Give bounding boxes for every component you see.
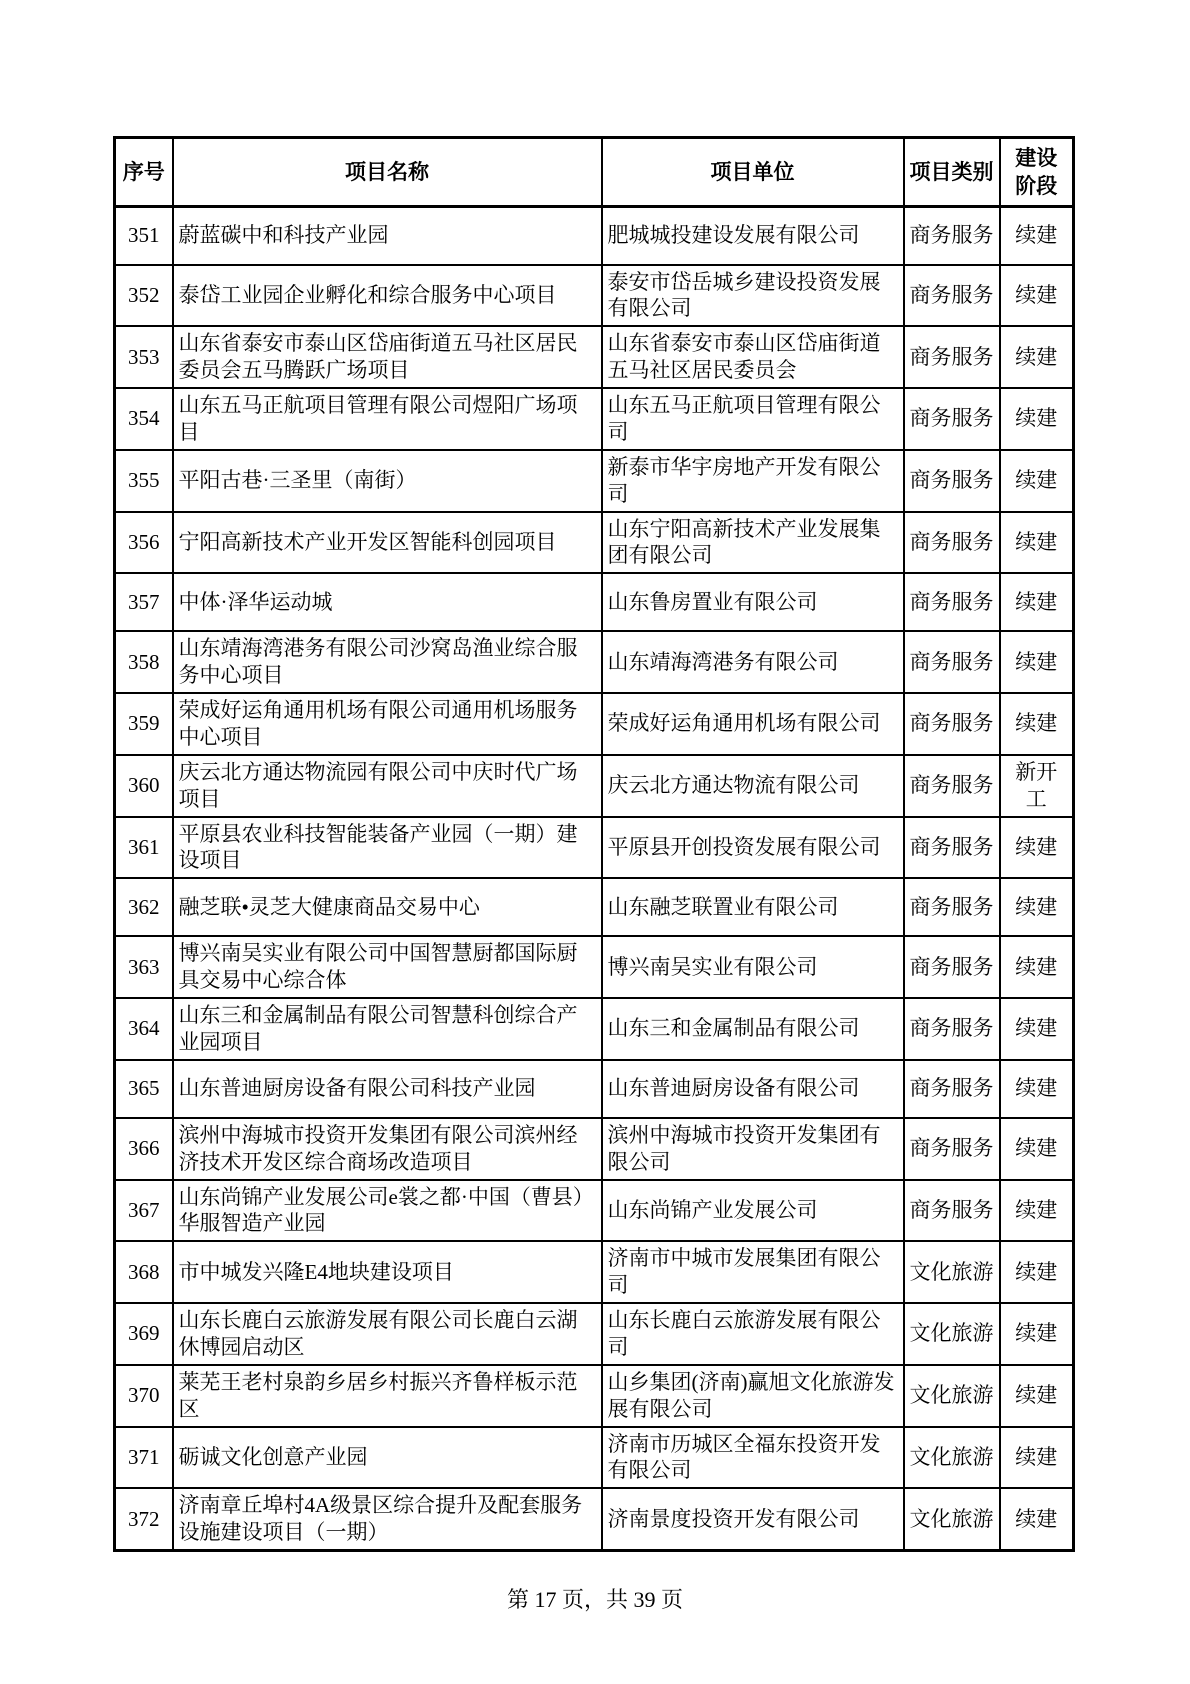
cell-serial-number: 359 [115, 693, 173, 755]
cell-project-unit: 荣成好运角通用机场有限公司 [602, 693, 904, 755]
cell-serial-number: 357 [115, 573, 173, 631]
cell-project-unit: 山东融芝联置业有限公司 [602, 878, 904, 936]
cell-serial-number: 360 [115, 755, 173, 817]
cell-project-name: 市中城发兴隆E4地块建设项目 [173, 1241, 602, 1303]
cell-serial-number: 370 [115, 1365, 173, 1427]
cell-construction-stage: 续建 [1000, 631, 1074, 693]
table-row: 370 莱芜王老村泉韵乡居乡村振兴齐鲁样板示范区 山乡集团(济南)赢旭文化旅游发… [115, 1365, 1074, 1427]
cell-project-unit: 山东尚锦产业发展公司 [602, 1180, 904, 1242]
cell-serial-number: 356 [115, 512, 173, 574]
cell-project-unit: 滨州中海城市投资开发集团有限公司 [602, 1118, 904, 1180]
cell-project-name: 宁阳高新技术产业开发区智能科创园项目 [173, 512, 602, 574]
cell-project-unit: 泰安市岱岳城乡建设投资发展有限公司 [602, 265, 904, 327]
cell-project-name: 滨州中海城市投资开发集团有限公司滨州经济技术开发区综合商场改造项目 [173, 1118, 602, 1180]
cell-serial-number: 371 [115, 1427, 173, 1489]
cell-project-unit: 山东普迪厨房设备有限公司 [602, 1060, 904, 1118]
table-row: 353 山东省泰安市泰山区岱庙街道五马社区居民委员会五马腾跃广场项目 山东省泰安… [115, 326, 1074, 388]
cell-project-unit: 山东鲁房置业有限公司 [602, 573, 904, 631]
cell-project-category: 商务服务 [904, 998, 1000, 1060]
cell-project-name: 平原县农业科技智能装备产业园（一期）建设项目 [173, 817, 602, 879]
table-row: 352 泰岱工业园企业孵化和综合服务中心项目 泰安市岱岳城乡建设投资发展有限公司… [115, 265, 1074, 327]
cell-project-category: 商务服务 [904, 573, 1000, 631]
cell-serial-number: 372 [115, 1488, 173, 1550]
cell-construction-stage: 续建 [1000, 265, 1074, 327]
cell-serial-number: 365 [115, 1060, 173, 1118]
table-row: 363 博兴南吴实业有限公司中国智慧厨都国际厨具交易中心综合体 博兴南吴实业有限… [115, 936, 1074, 998]
cell-project-name: 山东普迪厨房设备有限公司科技产业园 [173, 1060, 602, 1118]
cell-construction-stage: 续建 [1000, 1241, 1074, 1303]
document-page: 序号 项目名称 项目单位 项目类别 建设阶段 351 蔚蓝碳中和科技产业园 肥城… [0, 0, 1190, 1684]
cell-project-name: 山东靖海湾港务有限公司沙窝岛渔业综合服务中心项目 [173, 631, 602, 693]
cell-project-name: 山东五马正航项目管理有限公司煜阳广场项目 [173, 388, 602, 450]
table-header: 序号 项目名称 项目单位 项目类别 建设阶段 [115, 138, 1074, 207]
cell-project-category: 商务服务 [904, 450, 1000, 512]
table-row: 361 平原县农业科技智能装备产业园（一期）建设项目 平原县开创投资发展有限公司… [115, 817, 1074, 879]
cell-project-unit: 济南市中城市发展集团有限公司 [602, 1241, 904, 1303]
cell-project-name: 山东三和金属制品有限公司智慧科创综合产业园项目 [173, 998, 602, 1060]
cell-project-category: 商务服务 [904, 878, 1000, 936]
cell-serial-number: 353 [115, 326, 173, 388]
cell-project-unit: 山东靖海湾港务有限公司 [602, 631, 904, 693]
cell-project-unit: 山东五马正航项目管理有限公司 [602, 388, 904, 450]
table-header-row: 序号 项目名称 项目单位 项目类别 建设阶段 [115, 138, 1074, 207]
table-row: 354 山东五马正航项目管理有限公司煜阳广场项目 山东五马正航项目管理有限公司 … [115, 388, 1074, 450]
cell-project-category: 商务服务 [904, 817, 1000, 879]
table-row: 362 融芝联•灵芝大健康商品交易中心 山东融芝联置业有限公司 商务服务 续建 [115, 878, 1074, 936]
cell-project-category: 文化旅游 [904, 1365, 1000, 1427]
cell-construction-stage: 续建 [1000, 450, 1074, 512]
cell-construction-stage: 续建 [1000, 693, 1074, 755]
cell-construction-stage: 续建 [1000, 326, 1074, 388]
table-row: 355 平阳古巷·三圣里（南街） 新泰市华宇房地产开发有限公司 商务服务 续建 [115, 450, 1074, 512]
page-footer: 第 17 页，共 39 页 [0, 1583, 1190, 1614]
cell-construction-stage: 新开工 [1000, 755, 1074, 817]
header-project-category: 项目类别 [904, 138, 1000, 207]
table-row: 357 中体·泽华运动城 山东鲁房置业有限公司 商务服务 续建 [115, 573, 1074, 631]
cell-project-unit: 济南景度投资开发有限公司 [602, 1488, 904, 1550]
table-row: 364 山东三和金属制品有限公司智慧科创综合产业园项目 山东三和金属制品有限公司… [115, 998, 1074, 1060]
table-row: 359 荣成好运角通用机场有限公司通用机场服务中心项目 荣成好运角通用机场有限公… [115, 693, 1074, 755]
cell-construction-stage: 续建 [1000, 998, 1074, 1060]
cell-project-unit: 肥城城投建设发展有限公司 [602, 207, 904, 265]
cell-construction-stage: 续建 [1000, 207, 1074, 265]
cell-project-name: 山东尚锦产业发展公司e裳之都·中国（曹县）华服智造产业园 [173, 1180, 602, 1242]
cell-project-name: 山东省泰安市泰山区岱庙街道五马社区居民委员会五马腾跃广场项目 [173, 326, 602, 388]
table-row: 358 山东靖海湾港务有限公司沙窝岛渔业综合服务中心项目 山东靖海湾港务有限公司… [115, 631, 1074, 693]
cell-project-category: 商务服务 [904, 388, 1000, 450]
cell-project-category: 商务服务 [904, 512, 1000, 574]
cell-construction-stage: 续建 [1000, 1180, 1074, 1242]
cell-project-category: 商务服务 [904, 1118, 1000, 1180]
cell-construction-stage: 续建 [1000, 1488, 1074, 1550]
table-row: 356 宁阳高新技术产业开发区智能科创园项目 山东宁阳高新技术产业发展集团有限公… [115, 512, 1074, 574]
table-body: 351 蔚蓝碳中和科技产业园 肥城城投建设发展有限公司 商务服务 续建 352 … [115, 207, 1074, 1551]
cell-project-unit: 山东长鹿白云旅游发展有限公司 [602, 1303, 904, 1365]
cell-project-name: 荣成好运角通用机场有限公司通用机场服务中心项目 [173, 693, 602, 755]
table-row: 371 砺诚文化创意产业园 济南市历城区全福东投资开发有限公司 文化旅游 续建 [115, 1427, 1074, 1489]
cell-project-unit: 平原县开创投资发展有限公司 [602, 817, 904, 879]
cell-project-unit: 山东三和金属制品有限公司 [602, 998, 904, 1060]
cell-project-category: 文化旅游 [904, 1427, 1000, 1489]
cell-project-category: 商务服务 [904, 693, 1000, 755]
projects-table: 序号 项目名称 项目单位 项目类别 建设阶段 351 蔚蓝碳中和科技产业园 肥城… [113, 136, 1075, 1552]
cell-construction-stage: 续建 [1000, 388, 1074, 450]
cell-serial-number: 354 [115, 388, 173, 450]
cell-construction-stage: 续建 [1000, 1427, 1074, 1489]
cell-project-name: 砺诚文化创意产业园 [173, 1427, 602, 1489]
cell-project-category: 商务服务 [904, 755, 1000, 817]
cell-construction-stage: 续建 [1000, 936, 1074, 998]
cell-project-name: 蔚蓝碳中和科技产业园 [173, 207, 602, 265]
cell-project-category: 商务服务 [904, 207, 1000, 265]
cell-serial-number: 358 [115, 631, 173, 693]
cell-project-unit: 新泰市华宇房地产开发有限公司 [602, 450, 904, 512]
cell-project-unit: 山东省泰安市泰山区岱庙街道五马社区居民委员会 [602, 326, 904, 388]
cell-project-category: 商务服务 [904, 1180, 1000, 1242]
cell-project-name: 庆云北方通达物流园有限公司中庆时代广场项目 [173, 755, 602, 817]
cell-project-category: 商务服务 [904, 1060, 1000, 1118]
cell-project-category: 文化旅游 [904, 1488, 1000, 1550]
cell-project-unit: 庆云北方通达物流有限公司 [602, 755, 904, 817]
cell-project-name: 平阳古巷·三圣里（南街） [173, 450, 602, 512]
cell-project-name: 融芝联•灵芝大健康商品交易中心 [173, 878, 602, 936]
table-row: 368 市中城发兴隆E4地块建设项目 济南市中城市发展集团有限公司 文化旅游 续… [115, 1241, 1074, 1303]
cell-construction-stage: 续建 [1000, 1303, 1074, 1365]
cell-serial-number: 361 [115, 817, 173, 879]
cell-project-category: 商务服务 [904, 631, 1000, 693]
cell-serial-number: 362 [115, 878, 173, 936]
header-construction-stage: 建设阶段 [1000, 138, 1074, 207]
cell-project-name: 济南章丘埠村4A级景区综合提升及配套服务设施建设项目（一期） [173, 1488, 602, 1550]
cell-serial-number: 368 [115, 1241, 173, 1303]
table-row: 351 蔚蓝碳中和科技产业园 肥城城投建设发展有限公司 商务服务 续建 [115, 207, 1074, 265]
cell-serial-number: 367 [115, 1180, 173, 1242]
cell-project-name: 山东长鹿白云旅游发展有限公司长鹿白云湖休博园启动区 [173, 1303, 602, 1365]
cell-construction-stage: 续建 [1000, 1365, 1074, 1427]
cell-project-category: 商务服务 [904, 326, 1000, 388]
header-serial-number: 序号 [115, 138, 173, 207]
cell-project-category: 文化旅游 [904, 1303, 1000, 1365]
cell-construction-stage: 续建 [1000, 817, 1074, 879]
cell-project-category: 文化旅游 [904, 1241, 1000, 1303]
cell-project-name: 博兴南吴实业有限公司中国智慧厨都国际厨具交易中心综合体 [173, 936, 602, 998]
cell-project-name: 莱芜王老村泉韵乡居乡村振兴齐鲁样板示范区 [173, 1365, 602, 1427]
cell-serial-number: 363 [115, 936, 173, 998]
cell-project-name: 泰岱工业园企业孵化和综合服务中心项目 [173, 265, 602, 327]
cell-construction-stage: 续建 [1000, 512, 1074, 574]
cell-serial-number: 366 [115, 1118, 173, 1180]
table-row: 372 济南章丘埠村4A级景区综合提升及配套服务设施建设项目（一期） 济南景度投… [115, 1488, 1074, 1550]
cell-project-unit: 博兴南吴实业有限公司 [602, 936, 904, 998]
cell-serial-number: 369 [115, 1303, 173, 1365]
table-row: 369 山东长鹿白云旅游发展有限公司长鹿白云湖休博园启动区 山东长鹿白云旅游发展… [115, 1303, 1074, 1365]
cell-project-unit: 山东宁阳高新技术产业发展集团有限公司 [602, 512, 904, 574]
page-number-text: 第 17 页，共 39 页 [507, 1587, 683, 1612]
cell-project-unit: 济南市历城区全福东投资开发有限公司 [602, 1427, 904, 1489]
cell-project-category: 商务服务 [904, 265, 1000, 327]
cell-construction-stage: 续建 [1000, 878, 1074, 936]
cell-construction-stage: 续建 [1000, 1060, 1074, 1118]
table-row: 365 山东普迪厨房设备有限公司科技产业园 山东普迪厨房设备有限公司 商务服务 … [115, 1060, 1074, 1118]
header-project-unit: 项目单位 [602, 138, 904, 207]
cell-project-category: 商务服务 [904, 936, 1000, 998]
cell-project-name: 中体·泽华运动城 [173, 573, 602, 631]
cell-construction-stage: 续建 [1000, 1118, 1074, 1180]
cell-serial-number: 364 [115, 998, 173, 1060]
cell-construction-stage: 续建 [1000, 573, 1074, 631]
header-project-name: 项目名称 [173, 138, 602, 207]
cell-serial-number: 352 [115, 265, 173, 327]
table-row: 360 庆云北方通达物流园有限公司中庆时代广场项目 庆云北方通达物流有限公司 商… [115, 755, 1074, 817]
cell-serial-number: 355 [115, 450, 173, 512]
table-row: 366 滨州中海城市投资开发集团有限公司滨州经济技术开发区综合商场改造项目 滨州… [115, 1118, 1074, 1180]
table-row: 367 山东尚锦产业发展公司e裳之都·中国（曹县）华服智造产业园 山东尚锦产业发… [115, 1180, 1074, 1242]
cell-project-unit: 山乡集团(济南)赢旭文化旅游发展有限公司 [602, 1365, 904, 1427]
cell-serial-number: 351 [115, 207, 173, 265]
